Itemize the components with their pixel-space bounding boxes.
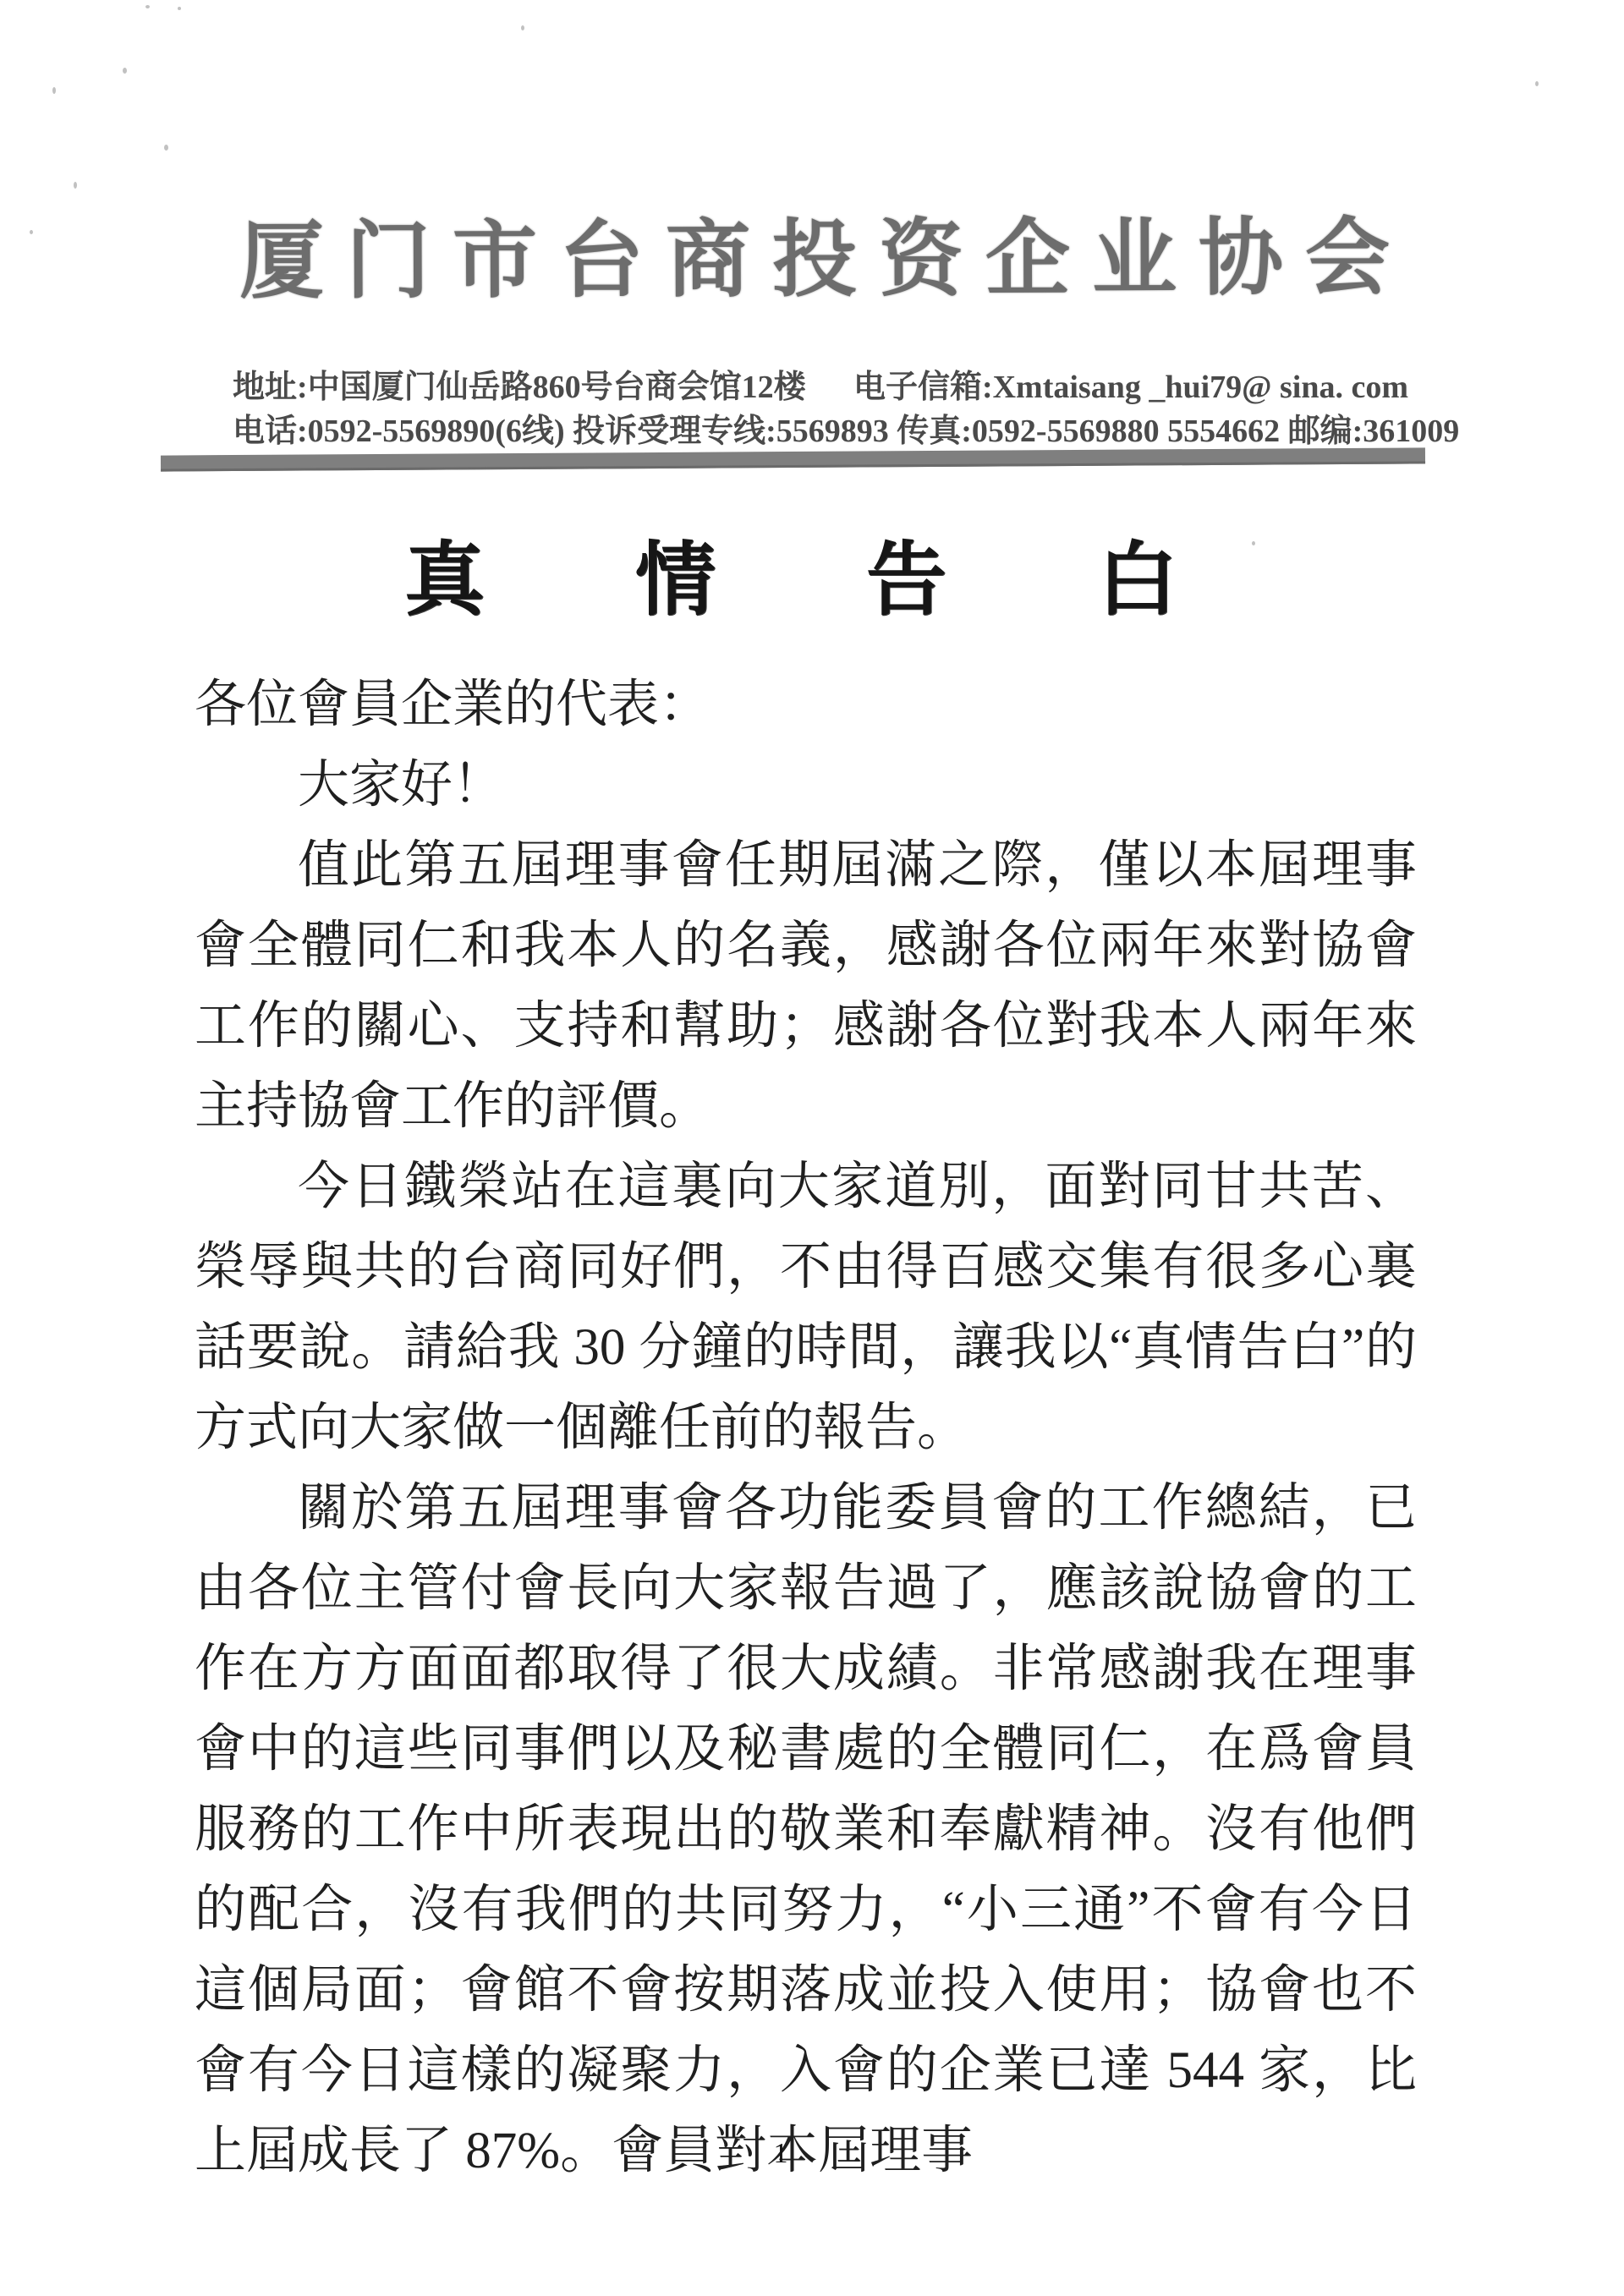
scan-speck — [1535, 81, 1539, 86]
scan-speck — [30, 230, 33, 234]
scan-speck — [521, 25, 524, 30]
org-phone-fax-postcode: 电话:0592-5569890(6线) 投诉受理专线:5569893 传真:05… — [233, 413, 1434, 450]
scan-speck — [52, 87, 56, 94]
scan-speck — [178, 7, 181, 10]
farewell-paragraph: 今日鐵榮站在這裏向大家道別，面對同甘共苦、榮辱與共的台商同好們，不由得百感交集有… — [195, 1147, 1417, 1468]
org-name-title: 厦门市台商投资企业协会 — [239, 211, 1412, 309]
org-email: 电子信箱:Xmtaisang _hui79@ sina. com — [853, 369, 1408, 406]
page-number: 1 — [743, 2138, 819, 2170]
work-summary-paragraph: 關於第五屆理事會各功能委員會的工作總結，已由各位主管付會長向大家報告過了，應該說… — [195, 1468, 1417, 2191]
salutation-line: 各位會員企業的代表： — [195, 665, 1417, 745]
org-address: 地址:中国厦门仙岳路860号台商会馆12楼 — [233, 369, 806, 406]
letter-body: 各位會員企業的代表： 大家好！ 值此第五屆理事會任期屆滿之際，僅以本屆理事會全體… — [195, 665, 1417, 2191]
scan-speck — [74, 182, 77, 189]
header-divider-rule — [161, 447, 1425, 471]
scan-speck — [164, 145, 168, 151]
scan-speck — [145, 5, 150, 8]
scanned-letter-page: 厦门市台商投资企业协会 地址:中国厦门仙岳路860号台商会馆12楼 电子信箱:X… — [0, 0, 1624, 2296]
thanks-paragraph: 值此第五屆理事會任期屆滿之際，僅以本屆理事會全體同仁和我本人的名義，感謝各位兩年… — [195, 825, 1417, 1147]
scan-speck — [123, 68, 127, 74]
greeting-paragraph: 大家好！ — [195, 745, 1417, 825]
letter-title: 真情告白 — [404, 538, 1328, 622]
header-contact-row-1: 地址:中国厦门仙岳路860号台商会馆12楼 电子信箱:Xmtaisang _hu… — [233, 369, 1408, 406]
